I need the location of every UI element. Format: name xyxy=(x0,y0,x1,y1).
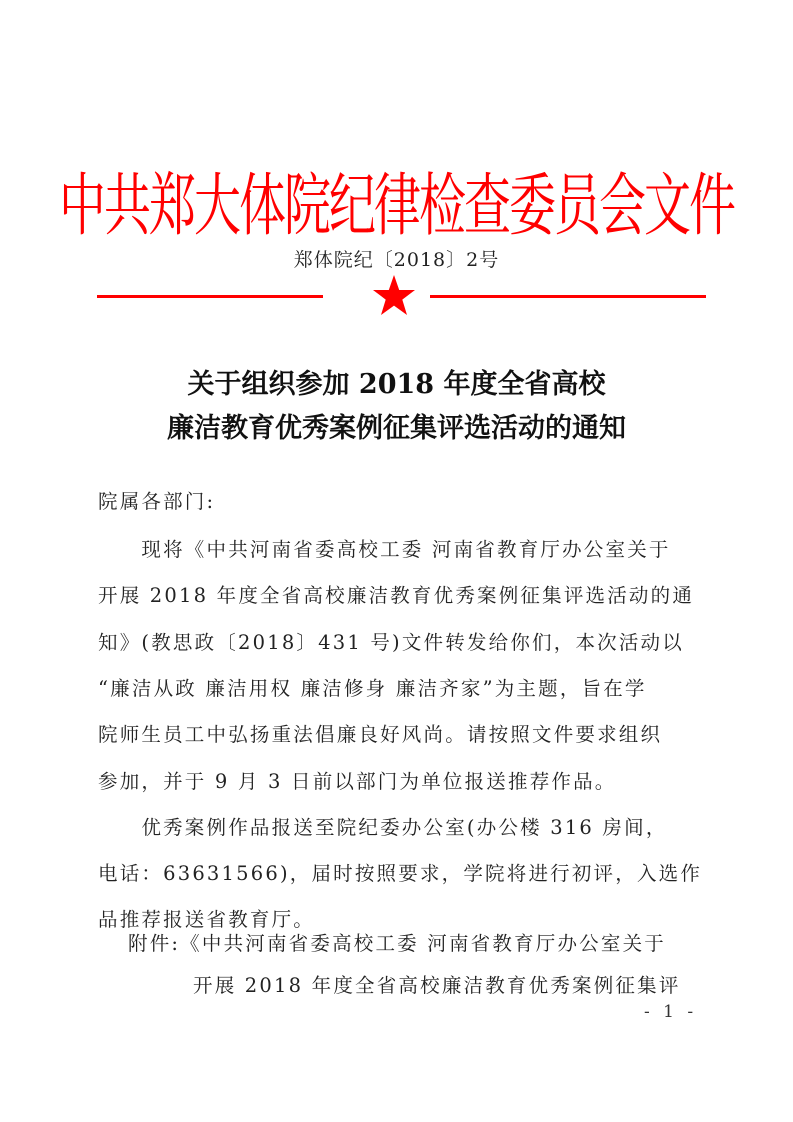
notice-title-line-2: 廉洁教育优秀案例征集评选活动的通知 xyxy=(0,406,793,445)
document-number: 郑体院纪〔2018〕2号 xyxy=(0,245,793,272)
red-divider-right xyxy=(430,295,706,298)
body-line: 电话：63631566)，届时按照要求，学院将进行初评，入选作 xyxy=(98,858,698,886)
body-line: 院师生员工中弘扬重法倡廉良好风尚。请按照文件要求组织 xyxy=(98,719,698,747)
notice-title-line-1: 关于组织参加 2018 年度全省高校 xyxy=(0,362,793,401)
star-icon xyxy=(372,274,416,316)
body-line: “廉洁从政 廉洁用权 廉洁修身 廉洁齐家”为主题，旨在学 xyxy=(98,673,698,701)
attachment-line-2: 开展 2018 年度全省高校廉洁教育优秀案例征集评 xyxy=(193,970,793,998)
body-line: 优秀案例作品报送至院纪委办公室(办公楼 316 房间， xyxy=(98,812,698,840)
red-divider-left xyxy=(97,295,323,298)
body-line: 知》(教思政〔2018〕431 号)文件转发给你们，本次活动以 xyxy=(98,627,698,655)
attachment-line-1: 附件:《中共河南省委高校工委 河南省教育厅办公室关于 xyxy=(128,928,728,956)
body-line: 参加，并于 9 月 3 日前以部门为单位报送推荐作品。 xyxy=(98,766,698,794)
page-number: - 1 - xyxy=(644,1002,697,1022)
body-line: 现将《中共河南省委高校工委 河南省教育厅办公室关于 xyxy=(98,534,698,562)
salutation: 院属各部门: xyxy=(98,486,698,514)
body-line: 开展 2018 年度全省高校廉洁教育优秀案例征集评选活动的通 xyxy=(98,580,698,608)
